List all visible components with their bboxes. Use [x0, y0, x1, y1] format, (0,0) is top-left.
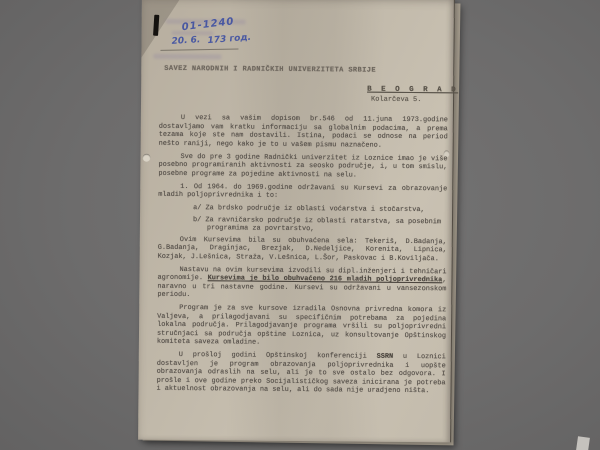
paragraph-conference: U prošloj godini Opštinskoj konferenciji… — [156, 351, 445, 396]
street-address: Kolarčeva 5. — [371, 96, 458, 105]
paragraph-program: Program je za sve kursove izradila Osnov… — [157, 304, 446, 349]
organization-header: SAVEZ NARODNIH I RADNIČKIH UNIVERZITETA … — [164, 65, 424, 75]
list-item-b: b/ Za ravničarsko područje iz oblasti ra… — [193, 216, 447, 235]
handwritten-date-year: 173 год. — [207, 33, 251, 46]
receipt-stamp: 01-1240 20. 6. 173 год. — [149, 12, 309, 63]
letter-body: U vezi sa vašim dopisom br.546 od 11.jun… — [156, 114, 447, 401]
paragraph-university: Sve do pre 3 godine Radnički univerzitet… — [158, 152, 447, 180]
paragraph-intro: U vezi sa vašim dopisom br.546 od 11.jun… — [159, 114, 448, 151]
conference-acronym: SSRN — [377, 353, 394, 361]
list-item-a: a/ Za brdsko područje iz oblasti voćarst… — [193, 204, 447, 215]
photo-background: 01-1240 20. 6. 173 год. SAVEZ NARODNIH I… — [0, 0, 600, 450]
document-page: 01-1240 20. 6. 173 год. SAVEZ NARODNIH I… — [138, 0, 455, 442]
photo-artifact — [576, 436, 590, 450]
address-block: B E O G R A D Kolarčeva 5. — [367, 86, 458, 105]
stamp-ink-mark — [153, 15, 159, 36]
paragraph-attendance: Nastavu na ovim kursevima izvodili su di… — [157, 265, 446, 302]
paragraph-courses: 1. Od 1964. do 1969.godine održavani su … — [158, 182, 447, 202]
paragraph-villages: Ovim Kursevima bila su obuhvaćena sela: … — [158, 235, 447, 263]
stamp-rule-line — [160, 48, 238, 50]
handwritten-date-day: 20. 6. — [171, 35, 200, 47]
punch-hole-left — [142, 154, 150, 162]
stamp-faint-text-line3 — [153, 54, 221, 60]
city-name: B E O G R A D — [367, 86, 458, 95]
